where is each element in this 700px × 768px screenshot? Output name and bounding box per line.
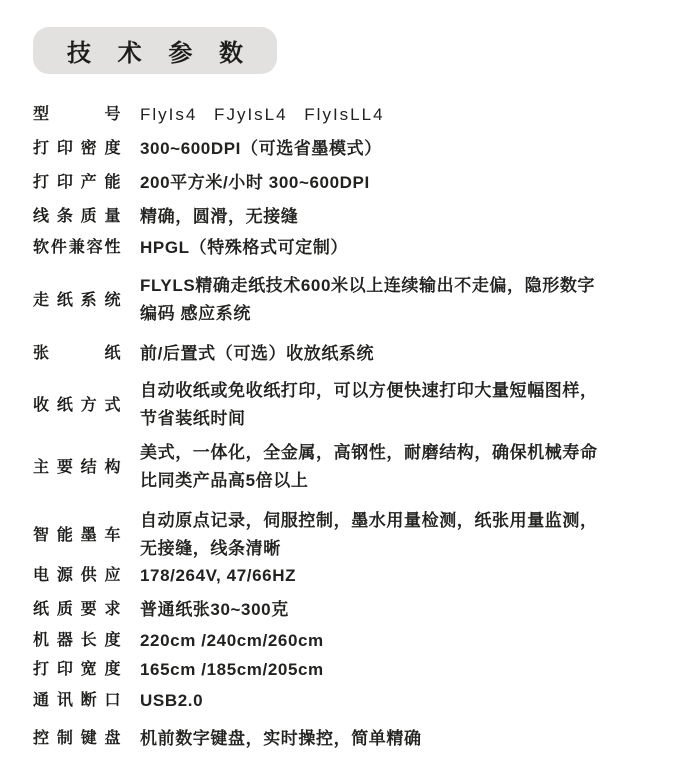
spec-row-paper-takeup: 收纸方式 自动收纸或免收纸打印，可以方便快速打印大量短幅图样， 节省装纸时间	[33, 377, 672, 433]
spec-row-line-quality: 线条质量 精确，圆滑，无接缝	[33, 206, 672, 227]
spec-label: 张 纸	[33, 343, 121, 364]
spec-value: 200平方米/小时 300~600DPI	[140, 172, 370, 193]
spec-row-software: 软件兼容性 HPGL（特殊格式可定制）	[33, 237, 672, 258]
spec-label: 打印宽度	[33, 659, 121, 680]
spec-label: 纸质要求	[33, 599, 121, 620]
spec-value: FlyIs4 FJyIsL4 FlyIsLL4	[140, 104, 385, 125]
spec-label: 线条质量	[33, 206, 121, 227]
spec-row-control-keyboard: 控制键盘 机前数字键盘，实时操控，简单精确	[33, 728, 672, 749]
spec-label: 型 号	[33, 104, 121, 125]
spec-label: 主要结构	[33, 457, 121, 478]
spec-value: 精确，圆滑，无接缝	[140, 206, 298, 227]
spec-label: 智能墨车	[33, 525, 121, 546]
spec-value: HPGL（特殊格式可定制）	[140, 237, 348, 258]
spec-row-comm-port: 通讯断口 USB2.0	[33, 690, 672, 711]
spec-label: 机器长度	[33, 630, 121, 651]
spec-row-structure: 主要结构 美式，一体化，全金属，高钢性，耐磨结构，确保机械寿命 比同类产品高5倍…	[33, 439, 672, 495]
spec-label: 打印密度	[33, 138, 121, 159]
spec-label: 收纸方式	[33, 395, 121, 416]
spec-row-machine-length: 机器长度 220cm /240cm/260cm	[33, 630, 672, 651]
page-title: 技 术 参 数	[57, 33, 253, 68]
spec-list: 型 号 FlyIs4 FJyIsL4 FlyIsLL4 打印密度 300~600…	[33, 104, 672, 749]
title-box: 技 术 参 数	[33, 27, 277, 74]
spec-row-ink-carriage: 智能墨车 自动原点记录，伺服控制，墨水用量检测，纸张用量监测， 无接缝，线条清晰	[33, 507, 672, 563]
spec-value: 300~600DPI（可选省墨模式）	[140, 138, 382, 159]
spec-row-paper: 张 纸 前/后置式（可选）收放纸系统	[33, 343, 672, 364]
spec-row-power: 电源供应 178/264V, 47/66HZ	[33, 565, 672, 586]
spec-value: 前/后置式（可选）收放纸系统	[140, 343, 374, 364]
spec-label: 打印产能	[33, 172, 121, 193]
spec-value: FLYLS精确走纸技术600米以上连续输出不走偏，隐形数字 编码 感应系统	[140, 272, 595, 328]
spec-row-print-width: 打印宽度 165cm /185cm/205cm	[33, 659, 672, 680]
spec-value: 178/264V, 47/66HZ	[140, 565, 296, 586]
spec-label: 电源供应	[33, 565, 121, 586]
spec-value: 220cm /240cm/260cm	[140, 630, 324, 651]
spec-row-print-density: 打印密度 300~600DPI（可选省墨模式）	[33, 138, 672, 159]
spec-label: 通讯断口	[33, 690, 121, 711]
spec-value: USB2.0	[140, 690, 203, 711]
spec-value: 机前数字键盘，实时操控，简单精确	[140, 728, 422, 749]
spec-label: 控制键盘	[33, 728, 121, 749]
spec-row-paper-requirement: 纸质要求 普通纸张30~300克	[33, 599, 672, 620]
spec-sheet: 技 术 参 数 型 号 FlyIs4 FJyIsL4 FlyIsLL4 打印密度…	[0, 0, 700, 768]
spec-row-model: 型 号 FlyIs4 FJyIsL4 FlyIsLL4	[33, 104, 672, 125]
spec-value: 165cm /185cm/205cm	[140, 659, 324, 680]
spec-value: 自动收纸或免收纸打印，可以方便快速打印大量短幅图样， 节省装纸时间	[140, 377, 598, 433]
spec-value: 普通纸张30~300克	[140, 599, 289, 620]
spec-value: 自动原点记录，伺服控制，墨水用量检测，纸张用量监测， 无接缝，线条清晰	[140, 507, 598, 563]
spec-label: 软件兼容性	[33, 237, 121, 258]
spec-label: 走纸系统	[33, 290, 121, 311]
spec-value: 美式，一体化，全金属，高钢性，耐磨结构，确保机械寿命 比同类产品高5倍以上	[140, 439, 598, 495]
spec-row-print-capacity: 打印产能 200平方米/小时 300~600DPI	[33, 172, 672, 193]
spec-row-paper-feed: 走纸系统 FLYLS精确走纸技术600米以上连续输出不走偏，隐形数字 编码 感应…	[33, 272, 672, 328]
